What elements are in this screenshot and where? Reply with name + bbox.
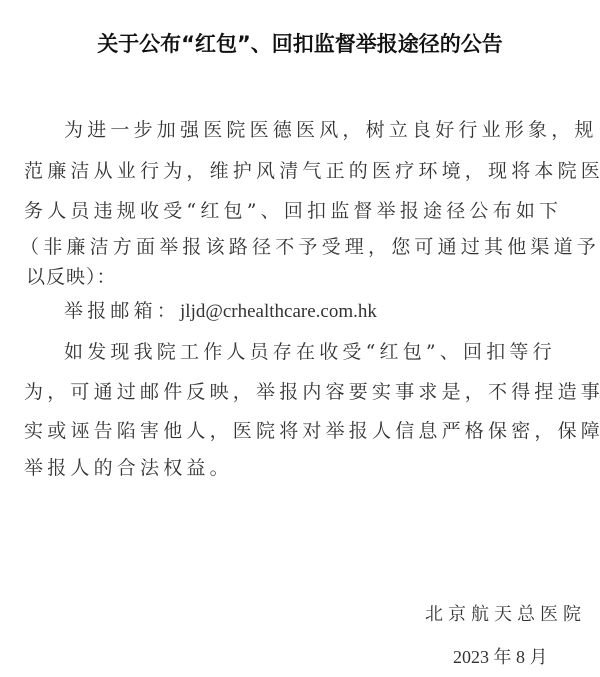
paragraph-1-line-4: （非廉洁方面举报该路径不予受理，您可通过其他渠道予	[20, 232, 600, 259]
document-title: 关于公布“红包”、回扣监督举报途径的公告	[0, 28, 600, 58]
paragraph-1-line-5: 以反映）：	[26, 262, 117, 289]
paragraph-1-line-3: 务人员违规收受“红包”、回扣监督举报途径公布如下	[24, 196, 562, 223]
email-address-link[interactable]: jljd@crhealthcare.com.hk	[180, 301, 377, 322]
paragraph-1-line-2: 范廉洁从业行为，维护风清气正的医疗环境，现将本院医	[24, 156, 600, 183]
paragraph-1-line-1: 为进一步加强医院医德医风，树立良好行业形象，规	[64, 115, 598, 142]
signature-date: 2023 年 8 月	[453, 643, 548, 669]
email-label: 举报邮箱：	[64, 300, 180, 322]
email-row: 举报邮箱：jljd@crhealthcare.com.hk	[64, 296, 377, 323]
paragraph-2-line-1: 如发现我院工作人员存在收受“红包”、回扣等行	[64, 337, 556, 364]
paragraph-2-line-2: 为，可通过邮件反映，举报内容要实事求是，不得捏造事	[24, 377, 600, 404]
paragraph-2-line-4: 举报人的合法权益。	[24, 453, 233, 480]
signature-hospital-name: 北京航天总医院	[425, 600, 586, 626]
paragraph-2-line-3: 实或诬告陷害他人，医院将对举报人信息严格保密，保障	[24, 416, 600, 443]
